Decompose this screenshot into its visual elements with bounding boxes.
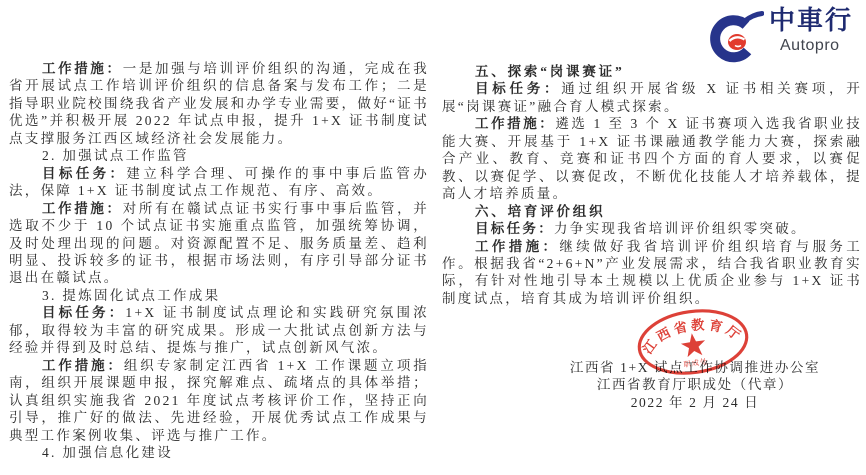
- logo-subtitle: Autopro: [769, 37, 853, 55]
- signature-block: 江西省 1+X 试点工作协调推进办公室 江西省教育厅职成处（代章） 2022 年…: [550, 359, 840, 411]
- signature-line: 江西省教育厅职成处（代章）: [550, 376, 840, 393]
- body-paragraph: 工作措施：一是加强与培训评价组织的沟通，完成在我省开展试点工作培训评价组织的信息…: [9, 60, 429, 147]
- section-heading: 4. 加强信息化建设: [9, 444, 429, 461]
- date-line: 2022 年 2 月 24 日: [550, 394, 840, 411]
- logo-swirl-icon: [704, 5, 764, 69]
- body-paragraph: 目标任务：1+X 证书制度试点理论和实践研究氛围浓郁，取得较为丰富的研究成果。形…: [9, 304, 429, 356]
- body-paragraph: 目标任务：力争实现我省培训评价组织零突破。: [442, 220, 862, 237]
- logo: 中車行 Autopro: [704, 5, 853, 69]
- body-paragraph: 工作措施：组织专家制定江西省 1+X 工作课题立项指南，组织开展课题申报，探究解…: [9, 357, 429, 444]
- body-paragraph: 工作措施：遴选 1 至 3 个 X 证书赛项入选我省职业技能大赛、开展基于 1+…: [442, 115, 862, 202]
- paragraph-label: 目标任务：: [475, 81, 561, 96]
- document-page: 中車行 Autopro 工作措施：一是加强与培训评价组织的沟通，完成在我省开展试…: [0, 0, 866, 475]
- paragraph-label: 工作措施：: [42, 358, 124, 373]
- seal-star-icon: [680, 332, 707, 358]
- body-paragraph: 工作措施：继续做好我省培训评价组织培育与服务工作。根据我省“2+6+N”产业发展…: [442, 238, 862, 308]
- logo-title: 中車行: [769, 5, 853, 37]
- paragraph-label: 工作措施：: [475, 239, 559, 254]
- paragraph-label: 目标任务：: [42, 305, 125, 320]
- paragraph-label: 工作措施：: [42, 201, 123, 216]
- paragraph-label: 工作措施：: [475, 116, 555, 131]
- section-heading: 2. 加强试点工作监管: [9, 147, 429, 164]
- chapter-heading: 六、培育评价组织: [442, 203, 862, 220]
- paragraph-label: 目标任务：: [475, 221, 554, 236]
- signature-line: 江西省 1+X 试点工作协调推进办公室: [550, 359, 840, 376]
- body-paragraph: 目标任务：建立科学合理、可操作的事中事后监管办法，保障 1+X 证书制度试点工作…: [9, 165, 429, 200]
- left-column: 工作措施：一是加强与培训评价组织的沟通，完成在我省开展试点工作培训评价组织的信息…: [9, 60, 429, 461]
- paragraph-label: 工作措施：: [42, 61, 123, 76]
- svg-text:江西省教育厅: 江西省教育厅: [636, 310, 747, 359]
- body-paragraph: 目标任务：通过组织开展省级 X 证书相关赛项，开展“岗课赛证”融合育人模式探索。: [442, 80, 862, 115]
- section-heading: 3. 提炼固化试点工作成果: [9, 287, 429, 304]
- right-column: 五、探索“岗课赛证” 目标任务：通过组织开展省级 X 证书相关赛项，开展“岗课赛…: [442, 63, 862, 307]
- body-paragraph: 工作措施：对所有在赣试点证书实行事中事后监管，并选取不少于 10 个试点证书实施…: [9, 200, 429, 287]
- chapter-heading: 五、探索“岗课赛证”: [442, 63, 862, 80]
- logo-text: 中車行 Autopro: [769, 5, 853, 55]
- paragraph-text: 力争实现我省培训评价组织零突破。: [554, 221, 807, 236]
- paragraph-label: 目标任务：: [42, 166, 126, 181]
- seal-arc-text: 江西省教育厅: [636, 310, 747, 359]
